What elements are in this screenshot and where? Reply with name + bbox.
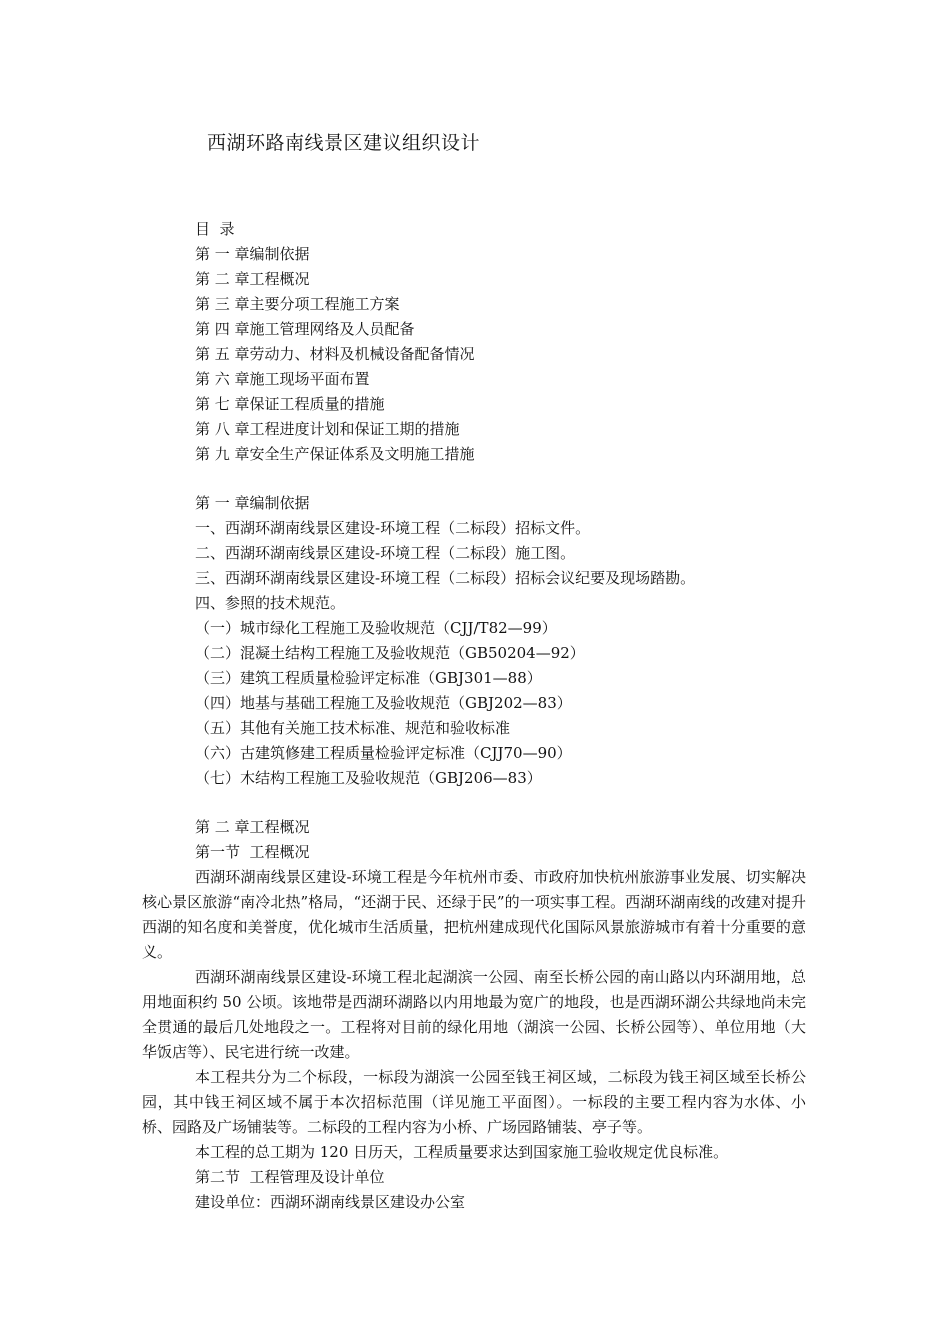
standard-item: （七）木结构工程施工及验收规范（GBJ206—83） — [195, 766, 695, 791]
basis-item: 三、西湖环湖南线景区建设-环境工程（二标段）招标会议纪要及现场踏勘。 — [195, 566, 695, 591]
chapter2-headings: 第 二 章工程概况 第一节 工程概况 — [195, 815, 310, 865]
toc-item: 第 四 章施工管理网络及人员配备 — [195, 317, 475, 342]
duration-line: 本工程的总工期为 120 日历天，工程质量要求达到国家施工验收规定优良标准。 — [142, 1140, 806, 1165]
sections-paragraph: 本工程共分为二个标段，一标段为湖滨一公园至钱王祠区域，二标段为钱王祠区域至长桥公… — [142, 1065, 806, 1140]
toc-item: 第 八 章工程进度计划和保证工期的措施 — [195, 417, 475, 442]
toc-item: 第 六 章施工现场平面布置 — [195, 367, 475, 392]
standard-item: （一）城市绿化工程施工及验收规范（CJJ/T82—99） — [195, 616, 695, 641]
chapter1-heading: 第 一 章编制依据 — [195, 491, 695, 516]
section1-heading: 第一节 工程概况 — [195, 840, 310, 865]
standard-item: （五）其他有关施工技术标准、规范和验收标准 — [195, 716, 695, 741]
document-title: 西湖环路南线景区建议组织设计 — [207, 128, 480, 155]
table-of-contents: 目 录 第 一 章编制依据 第 二 章工程概况 第 三 章主要分项工程施工方案 … — [195, 217, 475, 467]
toc-item: 第 三 章主要分项工程施工方案 — [195, 292, 475, 317]
standard-item: （二）混凝土结构工程施工及验收规范（GB50204—92） — [195, 641, 695, 666]
standard-item: （三）建筑工程质量检验评定标准（GBJ301—88） — [195, 666, 695, 691]
overview-paragraph: 西湖环湖南线景区建设-环境工程是今年杭州市委、市政府加快杭州旅游事业发展、切实解… — [142, 865, 806, 965]
scope-paragraph: 西湖环湖南线景区建设-环境工程北起湖滨一公园、南至长桥公园的南山路以内环湖用地，… — [142, 965, 806, 1065]
toc-item: 第 二 章工程概况 — [195, 267, 475, 292]
section2-heading: 第二节 工程管理及设计单位 — [142, 1165, 806, 1190]
builder-line: 建设单位：西湖环湖南线景区建设办公室 — [142, 1190, 806, 1215]
basis-item: 四、参照的技术规范。 — [195, 591, 695, 616]
chapter2-heading: 第 二 章工程概况 — [195, 815, 310, 840]
toc-heading: 目 录 — [195, 217, 475, 242]
toc-item: 第 九 章安全生产保证体系及文明施工措施 — [195, 442, 475, 467]
standard-item: （四）地基与基础工程施工及验收规范（GBJ202—83） — [195, 691, 695, 716]
toc-item: 第 七 章保证工程质量的措施 — [195, 392, 475, 417]
standard-item: （六）古建筑修建工程质量检验评定标准（CJJ70—90） — [195, 741, 695, 766]
toc-item: 第 五 章劳动力、材料及机械设备配备情况 — [195, 342, 475, 367]
chapter2-body: 西湖环湖南线景区建设-环境工程是今年杭州市委、市政府加快杭州旅游事业发展、切实解… — [142, 865, 806, 1215]
basis-item: 一、西湖环湖南线景区建设-环境工程（二标段）招标文件。 — [195, 516, 695, 541]
chapter1-section: 第 一 章编制依据 一、西湖环湖南线景区建设-环境工程（二标段）招标文件。 二、… — [195, 491, 695, 791]
toc-item: 第 一 章编制依据 — [195, 242, 475, 267]
basis-item: 二、西湖环湖南线景区建设-环境工程（二标段）施工图。 — [195, 541, 695, 566]
